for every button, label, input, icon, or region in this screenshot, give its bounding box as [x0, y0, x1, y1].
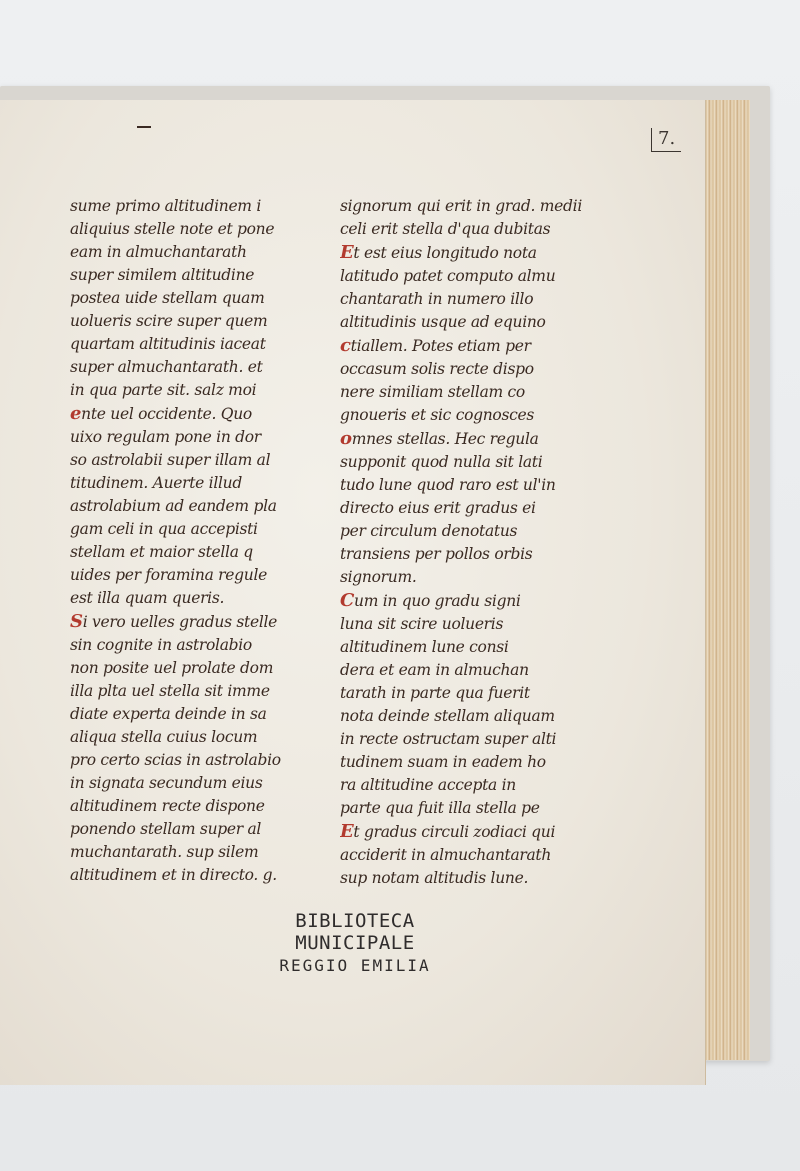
rubric-initial: S: [70, 611, 83, 632]
text-line: nota deinde stellam aliquam: [340, 705, 585, 728]
text-line: aliquius stelle note et pone: [70, 218, 315, 241]
text-line: eam in almuchantarath: [70, 241, 315, 264]
text-line: so astrolabii super illam al: [70, 449, 315, 472]
text-line: ra altitudine accepta in: [340, 774, 585, 797]
text-line: latitudo patet computo almu: [340, 265, 585, 288]
text-line: postea uide stellam quam: [70, 287, 315, 310]
rubric-initial: e: [70, 403, 81, 424]
text-line: tarath in parte qua fuerit: [340, 682, 585, 705]
text-line: omnes stellas. Hec regula: [340, 427, 585, 451]
text-line: diate experta deinde in sa: [70, 703, 315, 726]
text-line: parte qua fuit illa stella pe: [340, 797, 585, 820]
text-line: ente uel occidente. Quo: [70, 402, 315, 426]
text-line: illa plta uel stella sit imme: [70, 680, 315, 703]
text-line: pro certo scias in astrolabio: [70, 749, 315, 772]
rubric-initial: E: [340, 821, 353, 842]
text-line: in signata secundum eius: [70, 772, 315, 795]
text-line: altitudinis usque ad equino: [340, 311, 585, 334]
text-line: acciderit in almuchantarath: [340, 844, 585, 867]
text-line: super almuchantarath. et: [70, 356, 315, 379]
text-line: nere similiam stellam co: [340, 381, 585, 404]
text-line: sume primo altitudinem i: [70, 195, 315, 218]
text-line: ponendo stellam super al: [70, 818, 315, 841]
text-line: luna sit scire uolueris: [340, 613, 585, 636]
text-line: astrolabium ad eandem pla: [70, 495, 315, 518]
text-line: altitudinem et in directo. g.: [70, 864, 315, 887]
text-line: dera et eam in almuchan: [340, 659, 585, 682]
library-stamp: BIBLIOTECA MUNICIPALE REGGIO EMILIA: [240, 910, 470, 975]
text-line: tudo lune quod raro est ul'in: [340, 474, 585, 497]
text-line: directo eius erit gradus ei: [340, 497, 585, 520]
text-line: sup notam altitudis lune.: [340, 867, 585, 890]
text-line: celi erit stella d'qua dubitas: [340, 218, 585, 241]
text-line: stellam et maior stella q: [70, 541, 315, 564]
text-line: Et est eius longitudo nota: [340, 241, 585, 265]
stamp-line-1: BIBLIOTECA MUNICIPALE: [240, 910, 470, 954]
text-line: uides per foramina regule: [70, 564, 315, 587]
text-line: in qua parte sit. salz moi: [70, 379, 315, 402]
text-line: Si vero uelles gradus stelle: [70, 610, 315, 634]
text-line: uixo regulam pone in dor: [70, 426, 315, 449]
text-line: Et gradus circuli zodiaci qui: [340, 820, 585, 844]
text-line: muchantarath. sup silem: [70, 841, 315, 864]
text-line: in recte ostructam super alti: [340, 728, 585, 751]
text-line: occasum solis recte dispo: [340, 358, 585, 381]
text-line: per circulum denotatus: [340, 520, 585, 543]
text-line: chantarath in numero illo: [340, 288, 585, 311]
text-line: non posite uel prolate dom: [70, 657, 315, 680]
right-text-column: signorum qui erit in grad. mediiceli eri…: [340, 195, 585, 890]
text-line: uolueris scire super quem: [70, 310, 315, 333]
text-line: signorum qui erit in grad. medii: [340, 195, 585, 218]
text-line: super similem altitudine: [70, 264, 315, 287]
rubric-initial: C: [340, 590, 354, 611]
rubric-initial: E: [340, 242, 353, 263]
text-line: tudinem suam in eadem ho: [340, 751, 585, 774]
text-line: signorum.: [340, 566, 585, 589]
left-text-column: sume primo altitudinem ialiquius stelle …: [70, 195, 315, 887]
text-line: quartam altitudinis iaceat: [70, 333, 315, 356]
text-line: supponit quod nulla sit lati: [340, 451, 585, 474]
ink-mark: [137, 126, 151, 128]
text-line: gnoueris et sic cognosces: [340, 404, 585, 427]
text-line: altitudinem recte dispone: [70, 795, 315, 818]
text-line: transiens per pollos orbis: [340, 543, 585, 566]
text-line: Cum in quo gradu signi: [340, 589, 585, 613]
text-line: sin cognite in astrolabio: [70, 634, 315, 657]
text-line: ctiallem. Potes etiam per: [340, 334, 585, 358]
rubric-initial: c: [340, 335, 351, 356]
rubric-initial: o: [340, 428, 352, 449]
text-line: est illa quam queris.: [70, 587, 315, 610]
stamp-line-2: REGGIO EMILIA: [240, 956, 470, 975]
text-line: gam celi in qua accepisti: [70, 518, 315, 541]
folio-number: 7.: [651, 128, 681, 152]
text-line: aliqua stella cuius locum: [70, 726, 315, 749]
text-line: altitudinem lune consi: [340, 636, 585, 659]
text-line: titudinem. Auerte illud: [70, 472, 315, 495]
